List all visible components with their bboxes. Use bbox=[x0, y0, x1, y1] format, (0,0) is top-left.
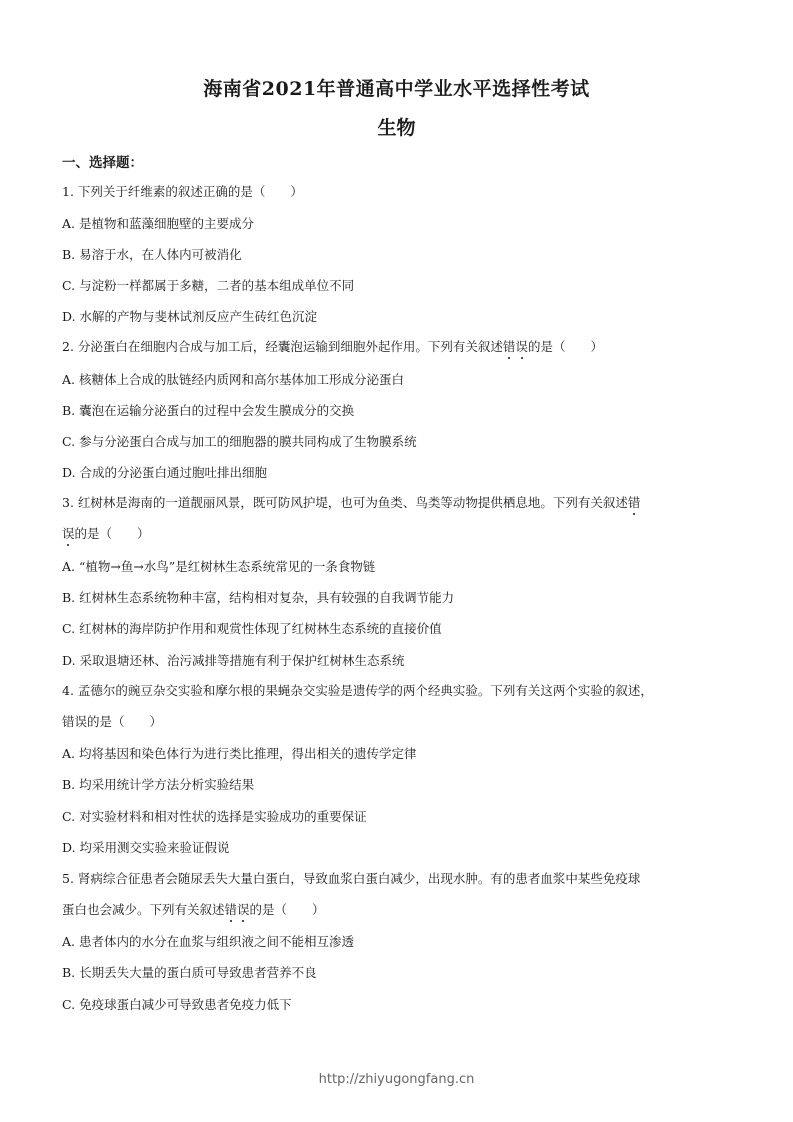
question-3-option-b: B. 红树林生态系统物种丰富，结构相对复杂，具有较强的自我调节能力 bbox=[62, 588, 454, 606]
emphasis-char: 错 bbox=[628, 495, 641, 510]
footer-url[interactable]: http://zhiyugongfang.cn bbox=[0, 1072, 793, 1087]
emphasis-char: 错 bbox=[503, 339, 516, 354]
question-1-stem: 1. 下列关于纤维素的叙述正确的是（ ） bbox=[62, 182, 303, 200]
exam-title: 海南省2021年普通高中学业水平选择性考试 bbox=[0, 74, 793, 101]
question-4-option-d: D. 均采用测交实验来验证假说 bbox=[62, 838, 230, 856]
question-5-option-a: A. 患者体内的水分在血浆与组织液之间不能相互渗透 bbox=[62, 932, 354, 950]
question-2-option-b: B. 囊泡在运输分泌蛋白的过程中会发生膜成分的交换 bbox=[62, 401, 354, 419]
emphasis-char: 错 bbox=[225, 902, 238, 917]
question-3-stem-line2: 误的是（ ） bbox=[62, 524, 150, 542]
question-5-stem-line1: 5. 肾病综合征患者会随尿丢失大量白蛋白，导致血浆白蛋白减少，出现水肿。有的患者… bbox=[62, 869, 640, 887]
question-3-option-c: C. 红树林的海岸防护作用和观赏性体现了红树林生态系统的直接价值 bbox=[62, 619, 442, 637]
stem-text: 蛋白也会减少。下列有关叙述 bbox=[62, 902, 225, 917]
stem-text: 的是（ ） bbox=[250, 902, 325, 917]
stem-text: 的是（ ） bbox=[528, 339, 603, 354]
question-1-option-c: C. 与淀粉一样都属于多糖，二者的基本组成单位不同 bbox=[62, 276, 354, 294]
question-1-option-d: D. 水解的产物与斐林试剂反应产生砖红色沉淀 bbox=[62, 307, 317, 325]
question-2-stem: 2. 分泌蛋白在细胞内合成与加工后，经囊泡运输到细胞外起作用。下列有关叙述错误的… bbox=[62, 337, 603, 355]
question-2-option-d: D. 合成的分泌蛋白通过胞吐排出细胞 bbox=[62, 463, 267, 481]
stem-text: 的是（ ） bbox=[75, 526, 150, 541]
question-5-stem-line2: 蛋白也会减少。下列有关叙述错误的是（ ） bbox=[62, 900, 325, 918]
question-4-stem-line1: 4. 孟德尔的豌豆杂交实验和摩尔根的果蝇杂交实验是遗传学的两个经典实验。下列有关… bbox=[62, 681, 653, 699]
question-1-option-b: B. 易溶于水，在人体内可被消化 bbox=[62, 245, 242, 263]
question-4-option-c: C. 对实验材料和相对性状的选择是实验成功的重要保证 bbox=[62, 807, 367, 825]
question-3-option-d: D. 采取退塘还林、治污减排等措施有利于保护红树林生态系统 bbox=[62, 651, 405, 669]
question-1-option-a: A. 是植物和蓝藻细胞壁的主要成分 bbox=[62, 214, 254, 232]
stem-text: 3. 红树林是海南的一道靓丽风景，既可防风护堤，也可为鱼类、鸟类等动物提供栖息地… bbox=[62, 495, 628, 510]
question-3-option-a: A. “植物→鱼→水鸟”是红树林生态系统常见的一条食物链 bbox=[62, 557, 375, 575]
emphasis-char: 误 bbox=[515, 339, 528, 354]
emphasis-char: 误 bbox=[62, 526, 75, 541]
exam-subject: 生物 bbox=[0, 113, 793, 140]
question-5-option-c: C. 免疫球蛋白减少可导致患者免疫力低下 bbox=[62, 995, 292, 1013]
question-4-stem-line2: 错误的是（ ） bbox=[62, 712, 162, 730]
question-3-stem-line1: 3. 红树林是海南的一道靓丽风景，既可防风护堤，也可为鱼类、鸟类等动物提供栖息地… bbox=[62, 493, 640, 511]
section-heading: 一、选择题： bbox=[62, 151, 143, 171]
question-2-option-c: C. 参与分泌蛋白合成与加工的细胞器的膜共同构成了生物膜系统 bbox=[62, 432, 417, 450]
emphasis-char: 误 bbox=[237, 902, 250, 917]
stem-text: 2. 分泌蛋白在细胞内合成与加工后，经囊泡运输到细胞外起作用。下列有关叙述 bbox=[62, 339, 503, 354]
question-4-option-b: B. 均采用统计学方法分析实验结果 bbox=[62, 775, 254, 793]
question-4-option-a: A. 均将基因和染色体行为进行类比推理，得出相关的遗传学定律 bbox=[62, 744, 416, 762]
question-2-option-a: A. 核糖体上合成的肽链经内质网和高尔基体加工形成分泌蛋白 bbox=[62, 370, 404, 388]
question-5-option-b: B. 长期丢失大量的蛋白质可导致患者营养不良 bbox=[62, 963, 317, 981]
